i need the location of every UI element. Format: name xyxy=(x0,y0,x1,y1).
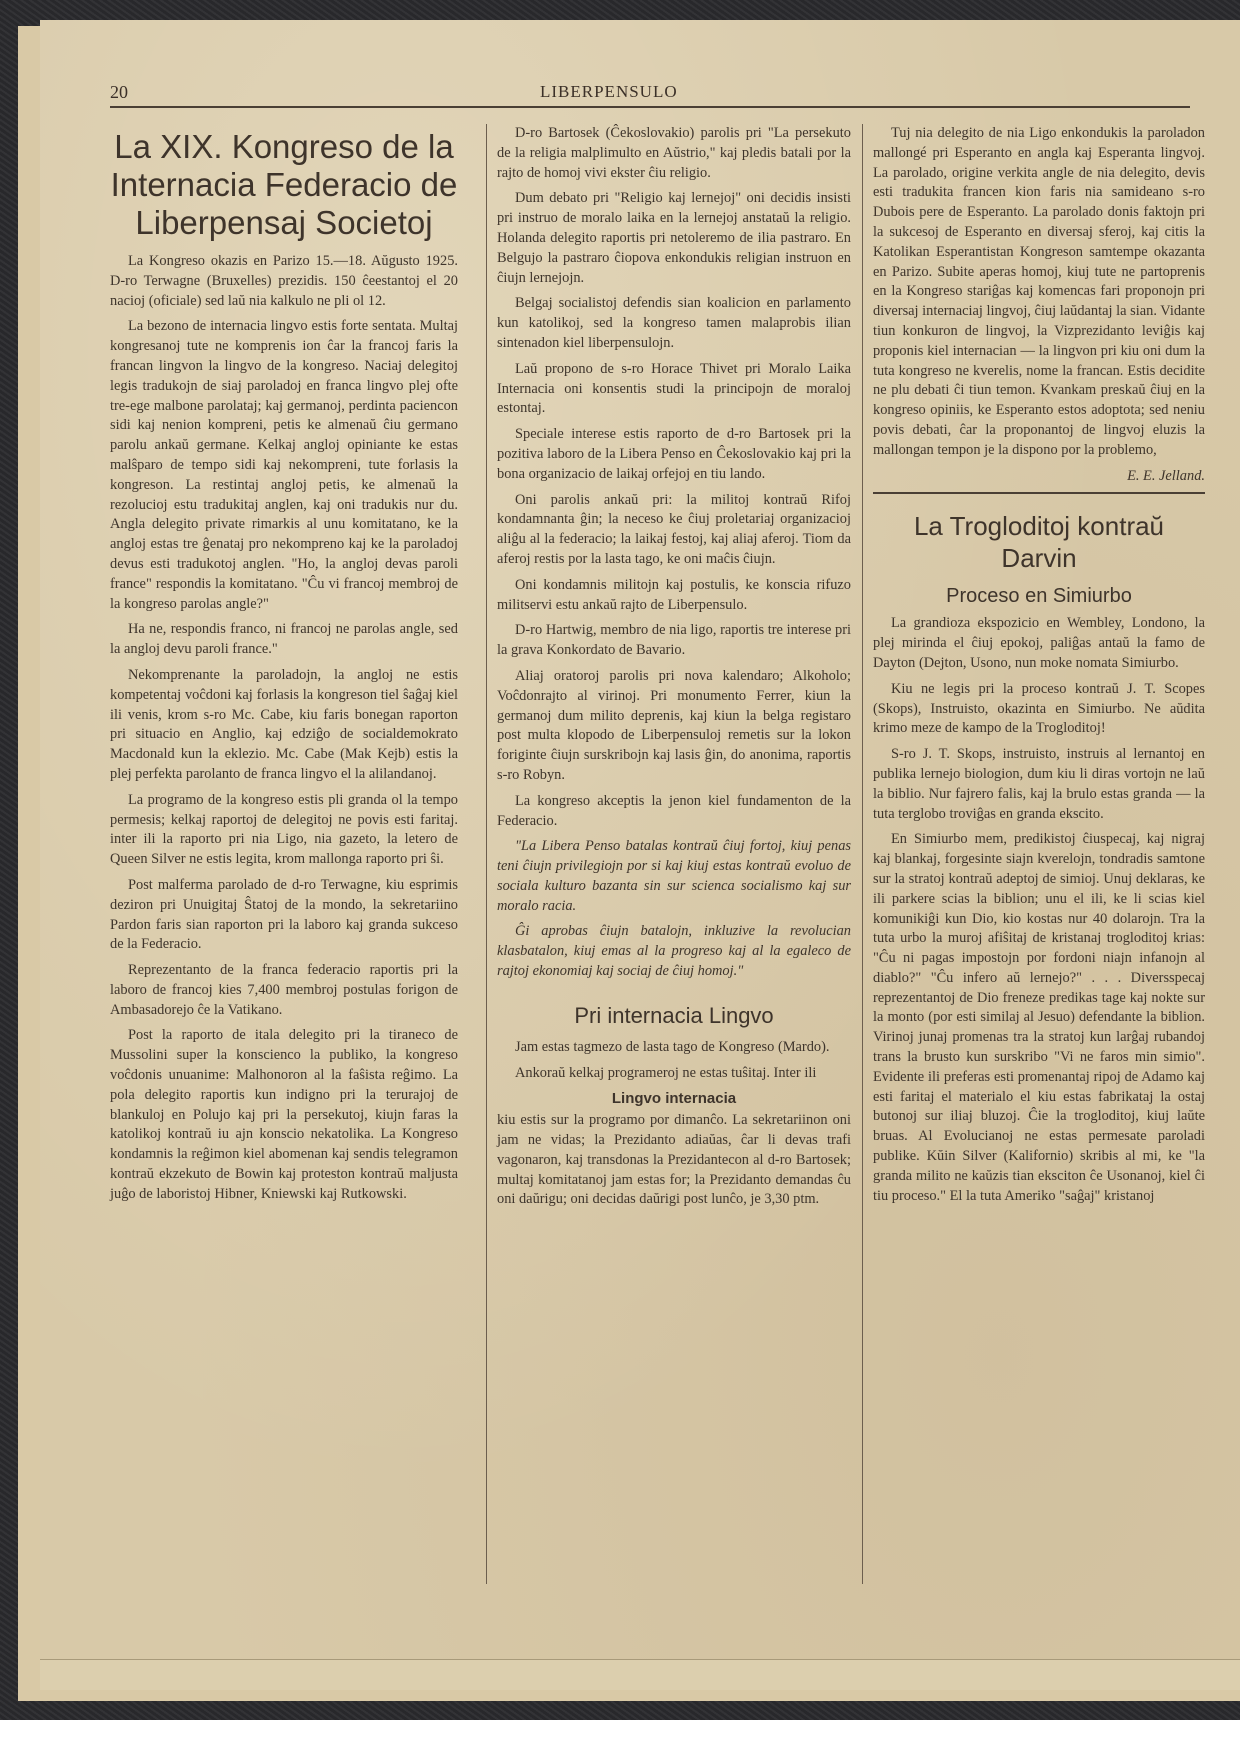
column-2: D-ro Bartosek (Ĉekoslovakio) parolis pri… xyxy=(486,124,851,1584)
paragraph: D-ro Bartosek (Ĉekoslovakio) parolis pri… xyxy=(497,124,851,183)
paragraph: La bezono de internacia lingvo estis for… xyxy=(110,317,458,614)
paragraph: Ankoraŭ kelkaj programeroj ne estas tuŝi… xyxy=(497,1064,851,1084)
paragraph: Belgaj socialistoj defendis sian koalici… xyxy=(497,294,851,353)
article-title-troglo: La Troglo­ditoj kontraŭ Darvin xyxy=(873,510,1205,574)
paragraph: La grandioza ekspozicio en Wembley, Lond… xyxy=(873,614,1205,673)
paragraph: Post malferma parolado de d-ro Terwagne,… xyxy=(110,876,458,955)
paragraph: Laŭ propono de s-ro Horace Thivet pri Mo… xyxy=(497,360,851,419)
declaration-quote: Ĝi aprobas ĉiujn batalojn, inkluzive la … xyxy=(497,922,851,981)
paragraph: D-ro Hartwig, membro de nia ligo, raport… xyxy=(497,621,851,661)
paragraph: Dum debato pri "Religio kaj lernejoj" on… xyxy=(497,189,851,288)
paragraph: Reprezentanto de la franca federacio rap… xyxy=(110,961,458,1020)
declaration-quote: "La Libera Penso batalas kontraŭ ĉiuj fo… xyxy=(497,837,851,916)
page-number: 20 xyxy=(110,82,128,103)
paragraph: La kongreso akceptis la jenon kiel funda… xyxy=(497,792,851,832)
section-title-lingvo: Pri internacia Lingvo xyxy=(497,1002,851,1030)
paragraph: Oni parolis ankaŭ pri: la militoj kontra… xyxy=(497,491,851,570)
paragraph: kiu estis sur la programo por dimanĉo. L… xyxy=(497,1111,851,1210)
paragraph: En Simiurbo mem, predikistoj ĉiuspecaj, … xyxy=(873,830,1205,1206)
bold-subheading: Lingvo internacia xyxy=(497,1089,851,1109)
column-3: Tuj nia delegito de nia Ligo enkondukis … xyxy=(862,124,1205,1584)
paragraph: Nekomprenante la paroladojn, la angloj n… xyxy=(110,666,458,785)
paragraph: La Kongreso okazis en Parizo 15.—18. Aŭg… xyxy=(110,252,458,311)
article-divider xyxy=(873,492,1205,494)
paragraph: Oni kondamnis militojn kaj postulis, ke … xyxy=(497,576,851,616)
column-1: La XIX. Kongreso de la Internacia Federa… xyxy=(110,118,458,1211)
paragraph: Aliaj oratoroj parolis pri nova kalendar… xyxy=(497,667,851,786)
paragraph: Jam estas tagmezo de lasta tago de Kongr… xyxy=(497,1038,851,1058)
paragraph: Post la raporto de itala delegito pri la… xyxy=(110,1026,458,1204)
paragraph: S-ro J. T. Skops, instruisto, instruis a… xyxy=(873,745,1205,824)
paragraph: Speciale interese estis raporto de d-ro … xyxy=(497,425,851,484)
paragraph: Ha ne, respondis franco, ni francoj ne p… xyxy=(110,620,458,660)
paragraph: Kiu ne legis pri la proceso kontraŭ J. T… xyxy=(873,680,1205,739)
author-signature: E. E. Jelland. xyxy=(873,467,1205,487)
page-bottom-edge xyxy=(40,1659,1240,1690)
page-header: 20 LIBERPENSULO xyxy=(110,82,1190,108)
running-title: LIBERPENSULO xyxy=(540,82,678,102)
article-subtitle: Proceso en Simiurbo xyxy=(873,584,1205,608)
paragraph: Tuj nia delegito de nia Ligo enkondukis … xyxy=(873,124,1205,461)
article-title-kongreso: La XIX. Kongreso de la Internacia Federa… xyxy=(110,128,458,242)
paragraph: La programo de la kongreso estis pli gra… xyxy=(110,791,458,870)
